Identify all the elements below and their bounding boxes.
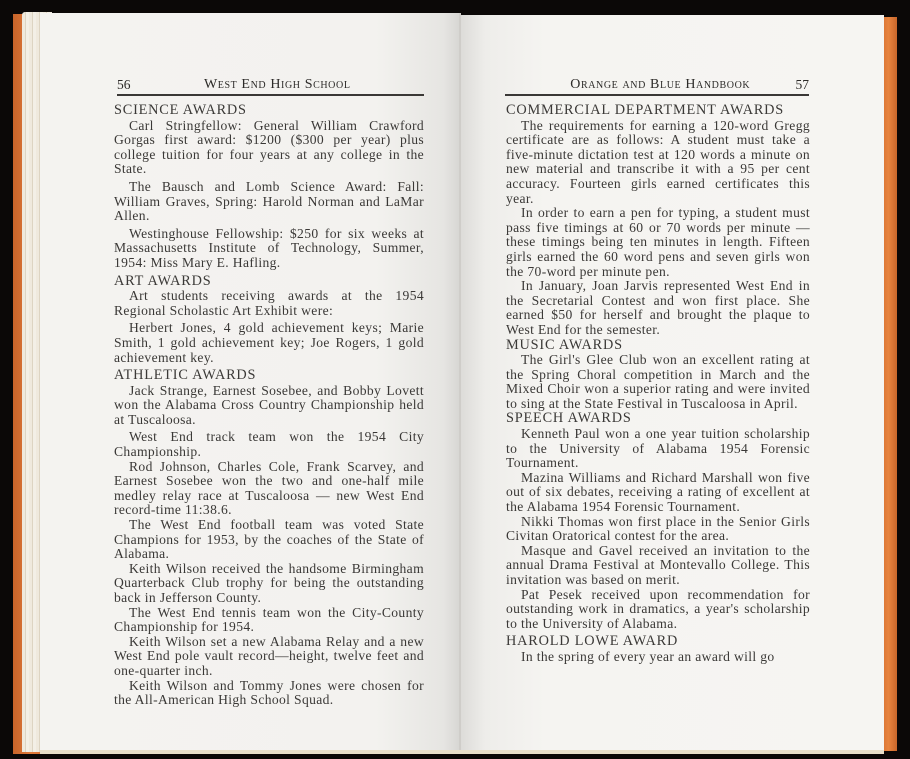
section-science-awards: SCIENCE AWARDS Carl Stringfellow: Genera… <box>114 103 424 271</box>
paragraph: Nikki Thomas won first place in the Seni… <box>506 515 810 544</box>
paragraph: The West End football team was voted Sta… <box>114 518 424 562</box>
paragraph: The Girl's Glee Club won an excellent ra… <box>506 353 810 411</box>
paragraph: Art students receiving awards at the 195… <box>114 289 424 318</box>
page-number-right: 57 <box>796 77 810 93</box>
running-title-right: Orange and Blue Handbook <box>505 77 796 93</box>
paragraph: Keith Wilson and Tommy Jones were chosen… <box>114 679 424 708</box>
paragraph: Pat Pesek received upon recommendation f… <box>506 588 810 632</box>
section-harold-lowe-award: HAROLD LOWE AWARD In the spring of every… <box>506 634 810 664</box>
paragraph: Mazina Williams and Richard Marshall won… <box>506 471 810 515</box>
right-running-head: Orange and Blue Handbook 57 <box>505 75 809 96</box>
left-page-body: SCIENCE AWARDS Carl Stringfellow: Genera… <box>114 103 424 708</box>
section-music-awards: MUSIC AWARDS The Girl's Glee Club won an… <box>506 338 810 412</box>
page-number-left: 56 <box>117 77 131 93</box>
paragraph: In the spring of every year an award wil… <box>506 650 810 665</box>
left-running-head: 56 West End High School <box>117 75 424 96</box>
section-heading: MUSIC AWARDS <box>506 338 810 353</box>
paragraph: Herbert Jones, 4 gold achievement keys; … <box>114 321 424 365</box>
running-title-left: West End High School <box>131 77 425 93</box>
paragraph: In January, Joan Jarvis represented West… <box>506 279 810 337</box>
paragraph: The Bausch and Lomb Science Award: Fall:… <box>114 180 424 224</box>
paragraph: In order to earn a pen for typing, a stu… <box>506 206 810 279</box>
section-heading: SCIENCE AWARDS <box>114 103 424 118</box>
section-heading: ATHLETIC AWARDS <box>114 368 424 383</box>
section-heading: COMMERCIAL DEPARTMENT AWARDS <box>506 103 810 118</box>
section-heading: SPEECH AWARDS <box>506 411 810 426</box>
section-heading: ART AWARDS <box>114 274 424 289</box>
paragraph: Jack Strange, Earnest Sosebee, and Bobby… <box>114 384 424 428</box>
paragraph: Keith Wilson set a new Alabama Relay and… <box>114 635 424 679</box>
paragraph: Masque and Gavel received an invitation … <box>506 544 810 588</box>
paragraph: The requirements for earning a 120-word … <box>506 119 810 207</box>
book-gutter <box>459 13 461 753</box>
section-art-awards: ART AWARDS Art students receiving awards… <box>114 274 424 366</box>
section-speech-awards: SPEECH AWARDS Kenneth Paul won a one yea… <box>506 411 810 631</box>
paragraph: Rod Johnson, Charles Cole, Frank Scarvey… <box>114 460 424 518</box>
right-page-body: COMMERCIAL DEPARTMENT AWARDS The require… <box>506 103 810 665</box>
paragraph: Westinghouse Fellowship: $250 for six we… <box>114 227 424 271</box>
paragraph: Kenneth Paul won a one year tuition scho… <box>506 427 810 471</box>
section-athletic-awards: ATHLETIC AWARDS Jack Strange, Earnest So… <box>114 368 424 708</box>
paragraph: The West End tennis team won the City-Co… <box>114 606 424 635</box>
paragraph: West End track team won the 1954 City Ch… <box>114 430 424 459</box>
paragraph: Keith Wilson received the handsome Birmi… <box>114 562 424 606</box>
paragraph: Carl Stringfellow: General William Crawf… <box>114 119 424 177</box>
section-commercial-department-awards: COMMERCIAL DEPARTMENT AWARDS The require… <box>506 103 810 338</box>
page-bottom-edge <box>40 750 884 754</box>
section-heading: HAROLD LOWE AWARD <box>506 634 810 649</box>
